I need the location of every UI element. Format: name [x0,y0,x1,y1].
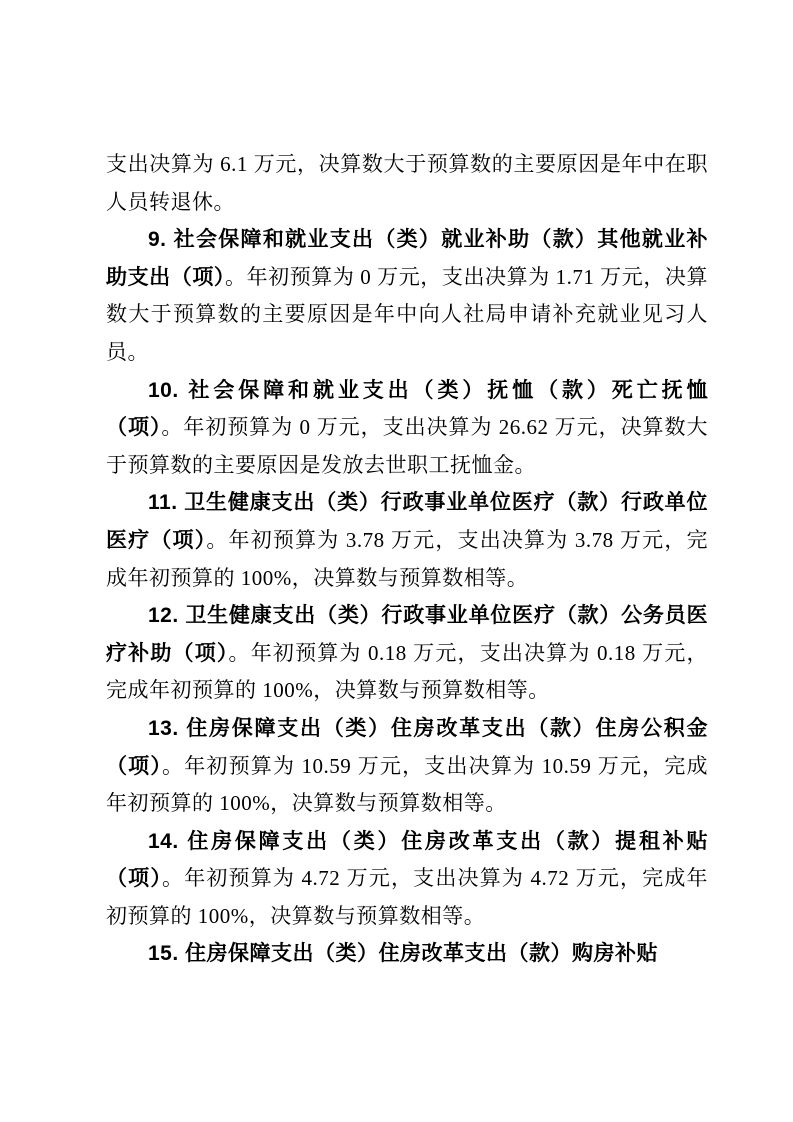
paragraph-item-13: 13. 住房保障支出（类）住房改革支出（款）住房公积金（项）。年初预算为 10.… [106,710,708,823]
item-13-body: 。年初预算为 10.59 万元，支出决算为 10.59 万元，完成年初预算的 1… [106,754,708,816]
paragraph-item-11: 11. 卫生健康支出（类）行政事业单位医疗（款）行政单位医疗（项）。年初预算为 … [106,484,708,597]
document-text-block: 支出决算为 6.1 万元，决算数大于预算数的主要原因是年中在职人员转退休。 9.… [106,146,708,973]
paragraph-item-12: 12. 卫生健康支出（类）行政事业单位医疗（款）公务员医疗补助（项）。年初预算为… [106,597,708,710]
item-14-body: 。年初预算为 4.72 万元，支出决算为 4.72 万元，完成年初预算的 100… [106,866,708,928]
document-page: 支出决算为 6.1 万元，决算数大于预算数的主要原因是年中在职人员转退休。 9.… [0,0,793,1122]
item-10-body: 。年初预算为 0 万元，支出决算为 26.62 万元，决算数大于预算数的主要原因… [106,415,708,477]
paragraph-item-14: 14. 住房保障支出（类）住房改革支出（款）提租补贴（项）。年初预算为 4.72… [106,823,708,936]
paragraph-continuation: 支出决算为 6.1 万元，决算数大于预算数的主要原因是年中在职人员转退休。 [106,146,708,221]
paragraph-item-15: 15. 住房保障支出（类）住房改革支出（款）购房补贴 [106,935,708,973]
paragraph-text: 支出决算为 6.1 万元，决算数大于预算数的主要原因是年中在职人员转退休。 [106,152,708,214]
paragraph-item-9: 9. 社会保障和就业支出（类）就业补助（款）其他就业补助支出（项）。年初预算为 … [106,221,708,371]
item-15-heading: 15. 住房保障支出（类）住房改革支出（款）购房补贴 [148,942,658,965]
paragraph-item-10: 10. 社会保障和就业支出（类）抚恤（款）死亡抚恤（项）。年初预算为 0 万元，… [106,372,708,485]
